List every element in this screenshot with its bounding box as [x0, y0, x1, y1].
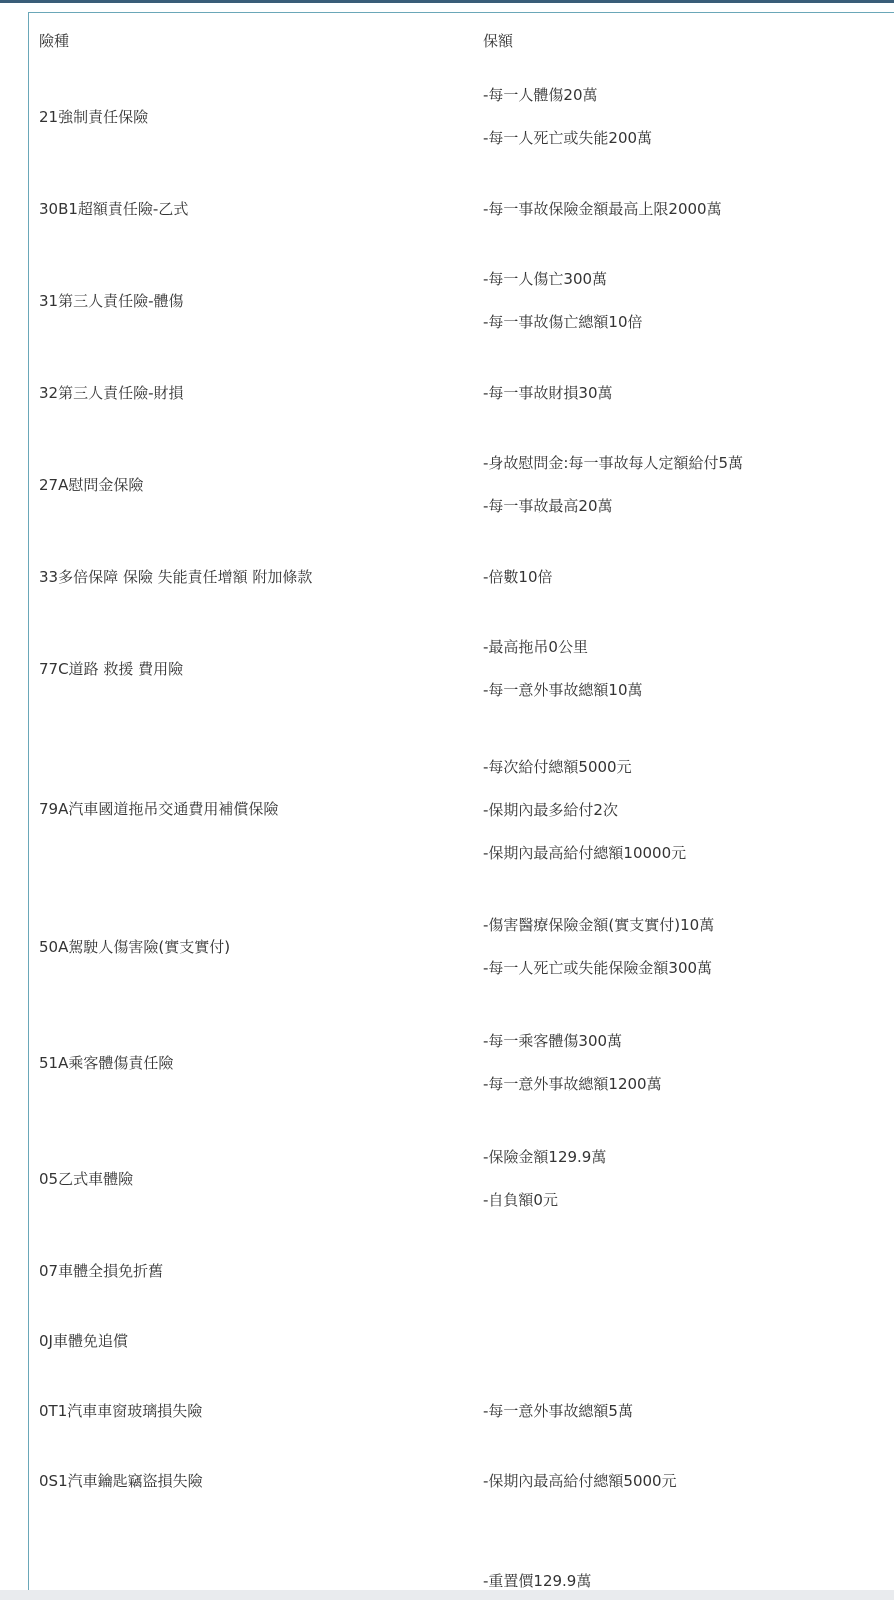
coverage-line: -每一人死亡或失能200萬	[483, 128, 652, 148]
insurance-type: 30B1超額責任險-乙式	[39, 199, 188, 219]
coverage-line: -每一人體傷20萬	[483, 85, 652, 105]
coverage-line: -自負額0元	[483, 1190, 606, 1210]
insurance-type: 0S1汽車鑰匙竊盜損失險	[39, 1471, 203, 1491]
insurance-type: 33多倍保障 保險 失能責任增額 附加條款	[39, 567, 312, 587]
coverage-line: -每一意外事故總額10萬	[483, 680, 643, 700]
coverage-line: -保期內最多給付2次	[483, 800, 686, 820]
header-coverage: 保額	[483, 31, 513, 51]
coverage-line: -重置價129.9萬	[483, 1571, 591, 1591]
insurance-type: 27A慰問金保險	[39, 475, 143, 495]
coverage-line: -每一事故最高20萬	[483, 496, 743, 516]
coverage-line: -保期內最高給付總額10000元	[483, 843, 686, 863]
insurance-type: 31第三人責任險-體傷	[39, 291, 184, 311]
coverage-line: -身故慰問金:每一事故每人定額給付5萬	[483, 453, 743, 473]
header-type: 險種	[39, 31, 69, 51]
bottom-edge	[0, 1590, 894, 1600]
coverage-line: -保險金額129.9萬	[483, 1147, 606, 1167]
coverage-table: 險種 保額 21強制責任保險 -每一人體傷20萬 -每一人死亡或失能200萬 3…	[28, 12, 894, 1592]
coverage-line: -倍數10倍	[483, 567, 553, 587]
insurance-type: 07車體全損免折舊	[39, 1261, 163, 1281]
insurance-type: 51A乘客體傷責任險	[39, 1053, 173, 1073]
coverage-line: -每一事故傷亡總額10倍	[483, 312, 643, 332]
coverage-line: -保期內最高給付總額5000元	[483, 1471, 677, 1491]
insurance-type: 50A駕駛人傷害險(實支實付)	[39, 937, 230, 957]
coverage-line: -每一意外事故總額1200萬	[483, 1074, 662, 1094]
insurance-type: 79A汽車國道拖吊交通費用補償保險	[39, 799, 278, 819]
coverage-line: -傷害醫療保險金額(實支實付)10萬	[483, 915, 714, 935]
insurance-type: 21強制責任保險	[39, 107, 148, 127]
coverage-line: -每一人傷亡300萬	[483, 269, 643, 289]
coverage-line: -每一事故財損30萬	[483, 383, 613, 403]
insurance-type: 0J車體免追償	[39, 1331, 128, 1351]
coverage-line: -每一乘客體傷300萬	[483, 1031, 662, 1051]
coverage-line: -每一事故保險金額最高上限2000萬	[483, 199, 722, 219]
coverage-line: -每一意外事故總額5萬	[483, 1401, 633, 1421]
insurance-type: 05乙式車體險	[39, 1169, 133, 1189]
top-border	[0, 0, 894, 3]
coverage-line: -每一人死亡或失能保險金額300萬	[483, 958, 714, 978]
insurance-type: 32第三人責任險-財損	[39, 383, 184, 403]
insurance-type: 0T1汽車車窗玻璃損失險	[39, 1401, 202, 1421]
coverage-line: -最高拖吊0公里	[483, 637, 643, 657]
insurance-type: 77C道路 救援 費用險	[39, 659, 183, 679]
coverage-line: -每次給付總額5000元	[483, 757, 686, 777]
